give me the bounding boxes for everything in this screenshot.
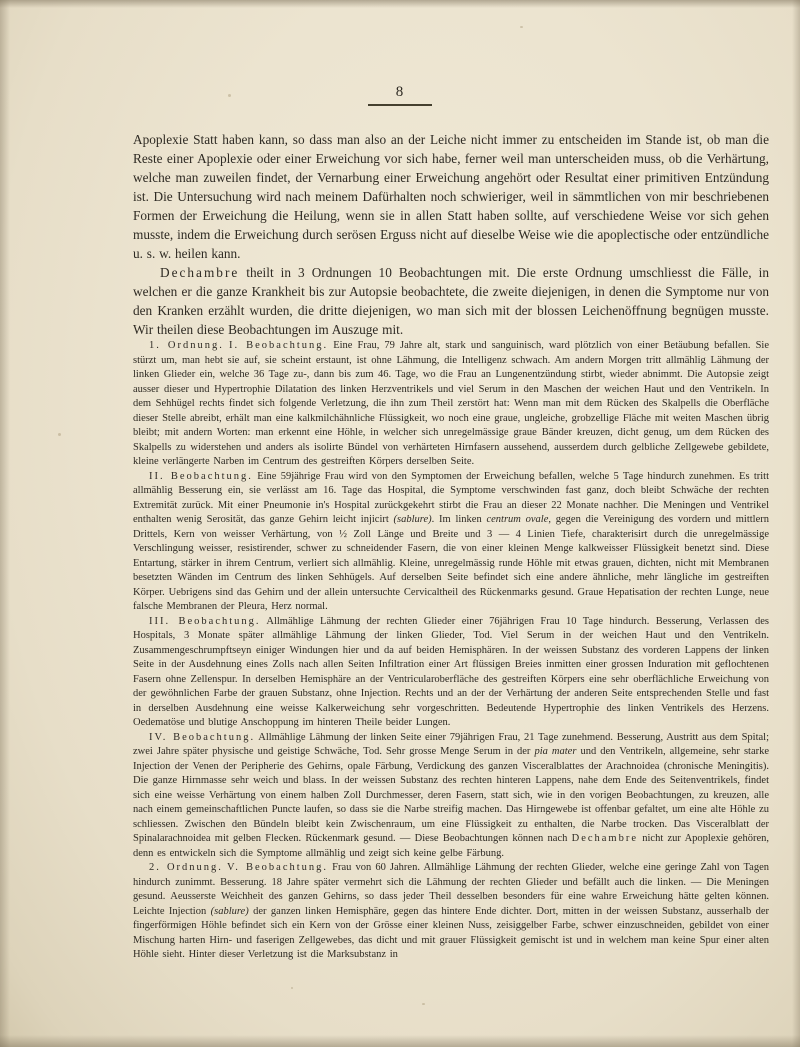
observation-4: IV. Beobachtung. Allmählige Lähmung der … — [133, 731, 769, 862]
page-number: 8 — [0, 84, 800, 101]
observation-1: 1. Ordnung. I. Beobachtung. Eine Frau, 7… — [133, 339, 769, 470]
scan-edge-left — [0, 0, 10, 1047]
observation-5: 2. Ordnung. V. Beobachtung. Frau von 60 … — [133, 861, 769, 963]
scan-speckle — [58, 433, 61, 436]
scan-edge-bottom — [0, 1035, 800, 1047]
observation-3: III. Beobachtung. Allmählige Lähmung der… — [133, 615, 769, 731]
scanned-page: 8 Apoplexie Statt haben kann, so dass ma… — [0, 0, 800, 1047]
page-number-rule — [368, 104, 432, 106]
scan-speckle — [228, 94, 231, 97]
scan-speckle — [744, 562, 746, 565]
paragraph-continuation: Apoplexie Statt haben kann, so dass man … — [133, 130, 769, 263]
scan-speckle — [520, 26, 523, 28]
scan-speckle — [758, 133, 760, 135]
scan-speckle — [291, 987, 293, 989]
scan-speckle — [422, 1003, 425, 1005]
scan-edge-top — [0, 0, 800, 8]
text-block: Apoplexie Statt haben kann, so dass man … — [133, 130, 769, 963]
observation-2: II. Beobachtung. Eine 59jährige Frau wir… — [133, 470, 769, 615]
paragraph-dechambre-intro: Dechambre theilt in 3 Ordnungen 10 Beoba… — [133, 263, 769, 339]
scan-edge-right — [792, 0, 800, 1047]
page-header: 8 — [0, 84, 800, 106]
